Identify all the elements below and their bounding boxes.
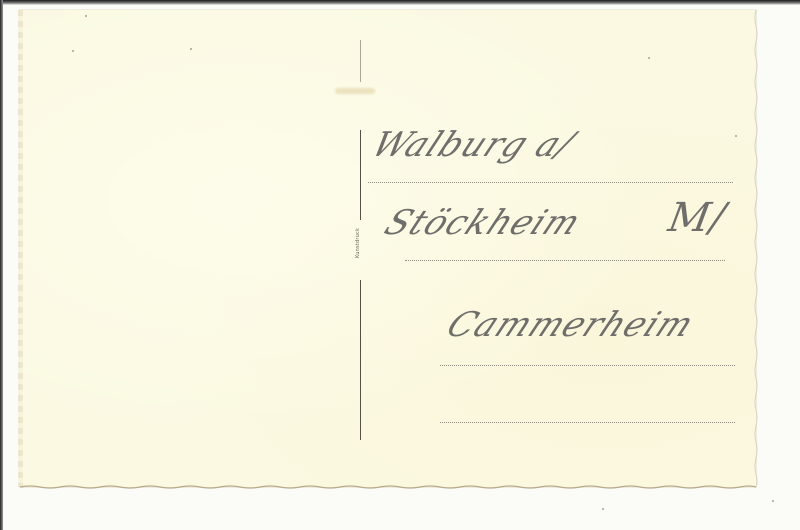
handwritten-address-line-2-suffix: M/ <box>665 195 730 241</box>
address-line-4 <box>440 422 735 423</box>
address-line-2 <box>405 260 725 261</box>
deckled-edge-left <box>18 10 23 487</box>
scan-border-top <box>0 0 800 5</box>
deckled-edge-bottom <box>20 484 756 490</box>
speck <box>648 57 650 59</box>
divider-print-text: Kunstdruck <box>355 228 361 258</box>
handwritten-address-line-1: Walburg a/ <box>365 125 581 165</box>
speck <box>85 15 87 17</box>
speck <box>602 508 604 510</box>
speck <box>772 500 774 502</box>
scan-border-left <box>0 0 3 530</box>
deckled-edge-right <box>753 10 759 487</box>
speck <box>190 48 192 50</box>
address-line-1 <box>368 182 733 183</box>
speck <box>72 50 74 52</box>
handwritten-address-line-3: Cammerheim <box>440 305 701 345</box>
address-line-3 <box>440 365 735 366</box>
speck <box>735 135 737 137</box>
handwritten-address-line-2: Stöckheim <box>378 203 588 243</box>
paper-stain <box>335 88 375 94</box>
postcard-back: Kunstdruck <box>20 10 756 487</box>
speck <box>590 318 592 320</box>
